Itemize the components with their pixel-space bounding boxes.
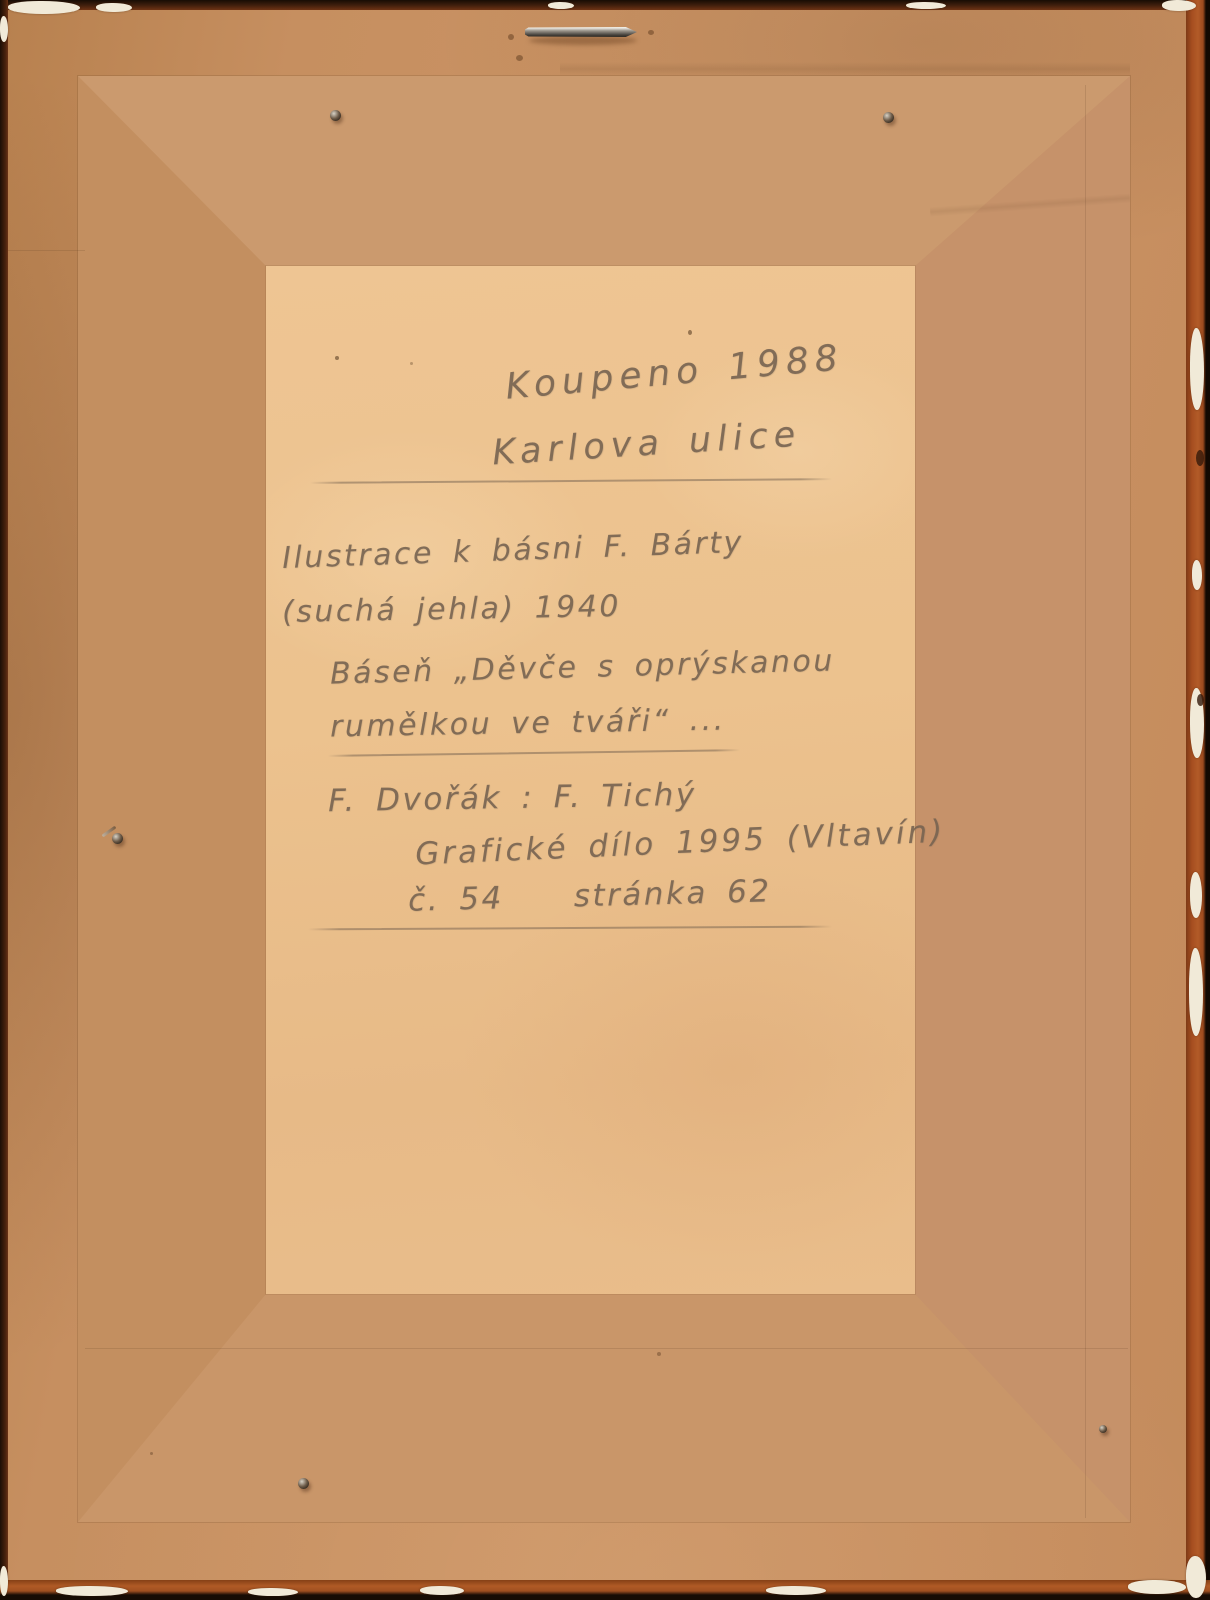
paint-chip xyxy=(96,3,132,12)
speck xyxy=(410,362,413,365)
frame-scuff-mark xyxy=(1196,450,1204,466)
paint-chip xyxy=(766,1586,826,1595)
paint-chip xyxy=(1186,1556,1206,1598)
frame-edge-left xyxy=(0,0,8,1600)
speck xyxy=(657,1352,661,1356)
speck xyxy=(335,356,339,360)
paint-chip xyxy=(8,1,80,14)
inscription-technique-year: (suchá jehla) 1940 xyxy=(282,589,621,630)
nail-hole-mark xyxy=(508,34,514,40)
inscription-catalog-author: F. Dvořák : F. Tichý xyxy=(328,777,697,819)
nail-shadow xyxy=(529,36,637,45)
speck xyxy=(150,1452,153,1455)
paint-chip xyxy=(906,2,946,9)
paint-chip xyxy=(420,1586,464,1595)
paint-chip xyxy=(1162,0,1196,11)
paint-chip xyxy=(1190,328,1204,410)
paint-chip xyxy=(1190,872,1202,918)
paint-chip xyxy=(248,1588,298,1596)
frame-edge-right xyxy=(1186,0,1210,1600)
paint-chip xyxy=(1192,560,1202,590)
speck xyxy=(688,330,692,335)
catalog-number: č. 54 xyxy=(408,880,505,918)
tack-icon xyxy=(112,833,123,844)
paint-chip xyxy=(548,2,574,9)
frame-scuff-mark xyxy=(1197,694,1204,706)
kraft-crease-top xyxy=(560,62,1130,76)
paint-chip xyxy=(56,1586,128,1596)
tape-seam-right xyxy=(1085,85,1086,1518)
kraft-wrinkle-left xyxy=(0,250,85,251)
paint-chip xyxy=(1189,948,1203,1036)
tack-icon xyxy=(330,110,341,121)
photo-artwork-verso: { "inscriptions": { "purchase_note": "Ko… xyxy=(0,0,1210,1600)
catalog-page: stránka 62 xyxy=(573,873,772,914)
tape-seam-bottom xyxy=(85,1348,1128,1349)
nail-hole-mark xyxy=(516,55,523,61)
paint-chip xyxy=(0,16,8,42)
tack-icon xyxy=(883,112,894,123)
nail-body xyxy=(525,27,637,37)
nail-hole-mark xyxy=(648,30,654,35)
tack-icon xyxy=(1099,1425,1107,1433)
frame-edge-bottom xyxy=(0,1580,1210,1600)
tack-icon xyxy=(298,1478,309,1489)
inscription-poem-ref-2: rumělkou ve tváři“ ... xyxy=(330,703,726,745)
spacing-gap xyxy=(504,906,574,908)
paint-chip xyxy=(0,1566,8,1596)
frame-edge-top xyxy=(0,0,1210,10)
paint-chip xyxy=(1128,1580,1186,1594)
hanging-nail-icon xyxy=(525,27,637,45)
